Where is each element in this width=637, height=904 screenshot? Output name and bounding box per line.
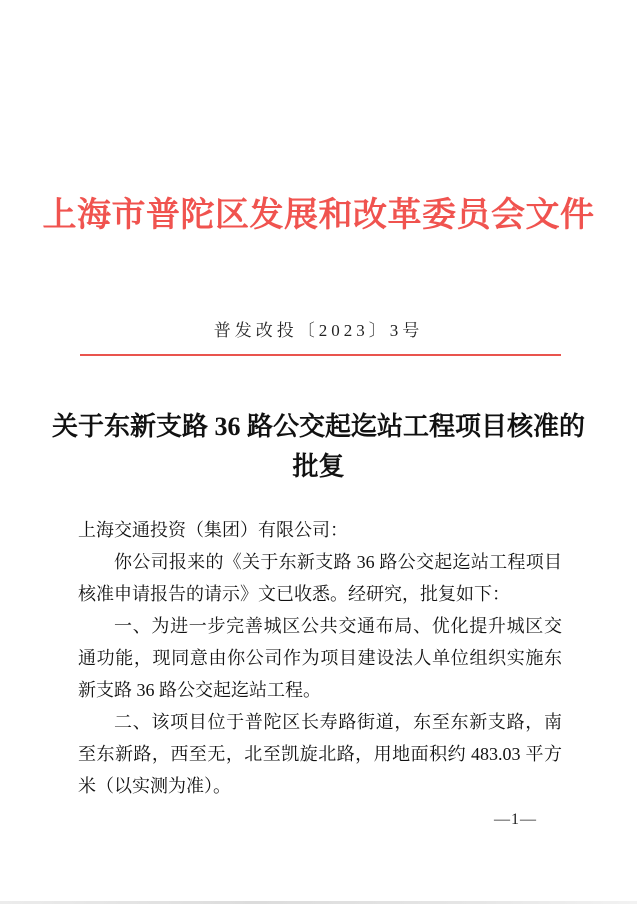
document-body: 上海交通投资（集团）有限公司： 你公司报来的《关于东新支路 36 路公交起迄站工… [78, 514, 562, 802]
document-title-line1: 关于东新支路 36 路公交起迄站工程项目核准的 [40, 407, 597, 447]
body-paragraph-intro: 你公司报来的《关于东新支路 36 路公交起迄站工程项目核准申请报告的请示》文已收… [78, 546, 562, 610]
body-paragraph-item1: 一、为进一步完善城区公共交通布局、优化提升城区交通功能，现同意由你公司作为项目建… [78, 610, 562, 706]
red-divider-line [80, 354, 561, 356]
page-number: —1— [494, 811, 537, 829]
document-title: 关于东新支路 36 路公交起迄站工程项目核准的 批复 [40, 407, 597, 487]
red-letterhead-title: 上海市普陀区发展和改革委员会文件 [0, 196, 637, 236]
recipient-line: 上海交通投资（集团）有限公司： [78, 514, 562, 546]
body-paragraph-item2: 二、该项目位于普陀区长寿路街道，东至东新支路，南至东新路，西至无，北至凯旋北路，… [78, 706, 562, 802]
document-page: 上海市普陀区发展和改革委员会文件 普发改投〔2023〕3号 关于东新支路 36 … [0, 0, 637, 904]
document-reference-number: 普发改投〔2023〕3号 [0, 320, 637, 342]
document-title-line2: 批复 [40, 447, 597, 487]
